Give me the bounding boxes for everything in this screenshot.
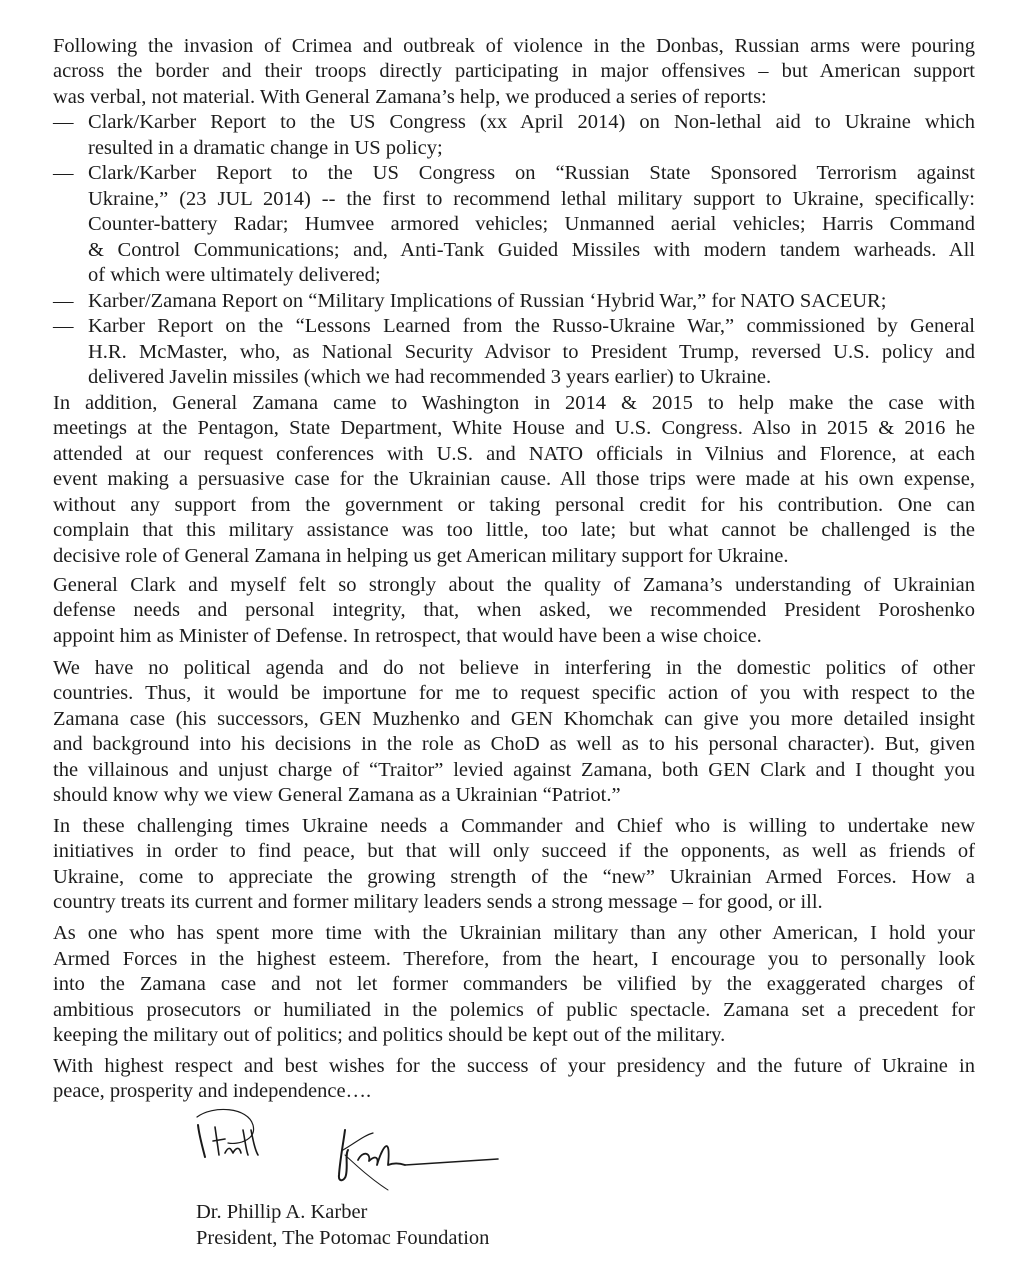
text-line: ambitious prosecutors or humiliated in t… xyxy=(53,997,975,1023)
text-line: Armed Forces in the highest esteem. Ther… xyxy=(53,946,975,972)
text-line: event making a persuasive case for the U… xyxy=(53,466,975,492)
text-line: keeping the military out of politics; an… xyxy=(53,1022,975,1048)
text-line: meetings at the Pentagon, State Departme… xyxy=(53,415,975,441)
text-line: initiatives in order to find peace, but … xyxy=(53,838,975,864)
text-line: into the Zamana case and not let former … xyxy=(53,971,975,997)
em-dash-bullet-icon: — xyxy=(53,313,77,339)
text-line: peace, prosperity and independence…. xyxy=(53,1078,975,1104)
em-dash-bullet-icon: — xyxy=(53,109,77,135)
text-line: complain that this military assistance w… xyxy=(53,517,975,543)
text-line: Karber Report on the “Lessons Learned fr… xyxy=(88,313,975,339)
text-line: without any support from the government … xyxy=(53,492,975,518)
text-line: the villainous and unjust charge of “Tra… xyxy=(53,757,975,783)
text-line: & Control Communications; and, Anti-Tank… xyxy=(88,237,975,263)
text-line: Clark/Karber Report to the US Congress (… xyxy=(88,109,975,135)
em-dash-bullet-icon: — xyxy=(53,288,77,314)
text-line: appoint him as Minister of Defense. In r… xyxy=(53,623,975,649)
text-line: General Clark and myself felt so strongl… xyxy=(53,572,975,598)
text-line: We have no political agenda and do not b… xyxy=(53,655,975,681)
text-line: In addition, General Zamana came to Wash… xyxy=(53,390,975,416)
text-line: Clark/Karber Report to the US Congress o… xyxy=(88,160,975,186)
text-line: decisive role of General Zamana in helpi… xyxy=(53,543,975,569)
em-dash-bullet-icon: — xyxy=(53,160,77,186)
text-line: Following the invasion of Crimea and out… xyxy=(53,33,975,59)
text-line: should know why we view General Zamana a… xyxy=(53,782,975,808)
handwritten-signature-icon xyxy=(193,1105,503,1195)
text-line: Karber/Zamana Report on “Military Implic… xyxy=(88,288,975,314)
text-line: country treats its current and former mi… xyxy=(53,889,975,915)
text-line: Ukraine, come to appreciate the growing … xyxy=(53,864,975,890)
text-line: Counter-battery Radar; Humvee armored ve… xyxy=(88,211,975,237)
text-line: As one who has spent more time with the … xyxy=(53,920,975,946)
text-line: attended at our request conferences with… xyxy=(53,441,975,467)
text-line: With highest respect and best wishes for… xyxy=(53,1053,975,1079)
text-line: across the border and their troops direc… xyxy=(53,58,975,84)
text-line: defense needs and personal integrity, th… xyxy=(53,597,975,623)
signer-name: Dr. Phillip A. Karber xyxy=(196,1199,367,1225)
text-line: delivered Javelin missiles (which we had… xyxy=(88,364,975,390)
text-line: H.R. McMaster, who, as National Security… xyxy=(88,339,975,365)
text-line: and background into his decisions in the… xyxy=(53,731,975,757)
letter-page: Following the invasion of Crimea and out… xyxy=(0,0,1017,1284)
text-line: countries. Thus, it would be importune f… xyxy=(53,680,975,706)
text-line: was verbal, not material. With General Z… xyxy=(53,84,975,110)
text-line: Zamana case (his successors, GEN Muzhenk… xyxy=(53,706,975,732)
text-line: of which were ultimately delivered; xyxy=(88,262,975,288)
text-line: In these challenging times Ukraine needs… xyxy=(53,813,975,839)
signer-title: President, The Potomac Foundation xyxy=(196,1225,489,1251)
text-line: Ukraine,” (23 JUL 2014) -- the first to … xyxy=(88,186,975,212)
text-line: resulted in a dramatic change in US poli… xyxy=(88,135,975,161)
